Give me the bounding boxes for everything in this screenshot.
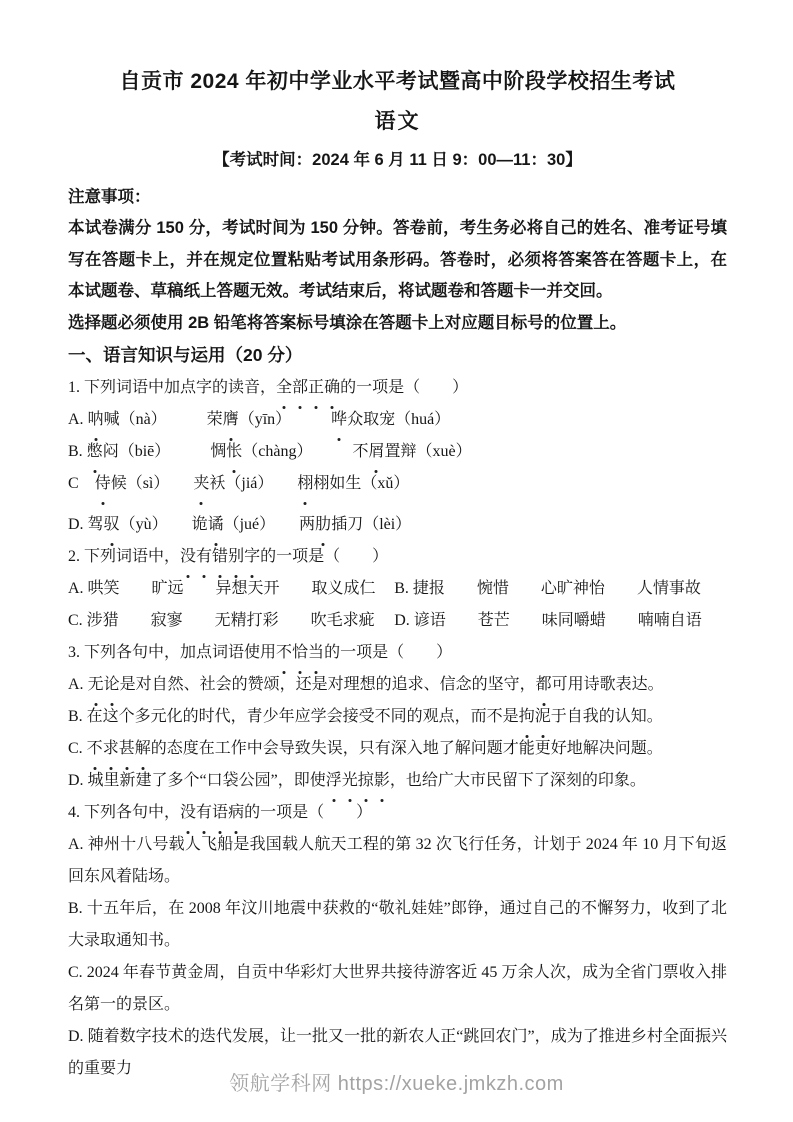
exam-paper-page: 自贡市 2024 年初中学业水平考试暨高中阶段学校招生考试 语文 【考试时间：2…	[0, 0, 793, 1122]
question-2-row-2: C. 涉猎 寂寥 无精打彩 吹毛求疵 D. 谚语 苍芒 味同嚼蜡 喃喃自语	[68, 605, 727, 637]
question-3-option-c: C. 不求甚解的态度在工作中会导致失误，只有深入地了解问题才能更好地解决问题。	[68, 733, 727, 765]
question-1-option-c: C 侍候（sì） 夹袄（jiá） 栩栩如生（xǔ）	[68, 468, 727, 500]
question-2: 2. 下列词语中，没有错别字的一项是（ ） A. 哄笑 旷远 异想天开 取义成仁…	[68, 541, 727, 637]
question-2-option-a: A. 哄笑 旷远 异想天开 取义成仁	[68, 573, 394, 605]
notice-heading: 注意事项：	[68, 182, 727, 213]
question-2-row-1: A. 哄笑 旷远 异想天开 取义成仁 B. 捷报 惋惜 心旷神怡 人情事故	[68, 573, 727, 605]
question-2-option-c: C. 涉猎 寂寥 无精打彩 吹毛求疵	[68, 605, 394, 637]
doc-title: 自贡市 2024 年初中学业水平考试暨高中阶段学校招生考试	[68, 68, 727, 96]
question-1-option-b: B. 憋闷（biē） 惆怅（chàng） 不屑置辩（xuè）	[68, 436, 727, 468]
question-4: 4. 下列各句中，没有语病的一项是（ ） A. 神州十八号载人飞船是我国载人航天…	[68, 797, 727, 1085]
notice-note: 选择题必须使用 2B 铅笔将答案标号填涂在答题卡上对应题目标号的位置上。	[68, 308, 727, 339]
question-4-option-b: B. 十五年后，在 2008 年汶川地震中获救的“敬礼娃娃”郎铮，通过自己的不懈…	[68, 893, 727, 957]
question-1-stem: 1. 下列词语中加点字的读音，全部正确的一项是（ ）	[68, 372, 727, 404]
question-2-stem: 2. 下列词语中，没有错别字的一项是（ ）	[68, 541, 727, 573]
question-1-option-a: A. 呐喊（nà） 荣膺（yīn） 哗众取宠（huá）	[68, 404, 727, 436]
question-3-option-d: D. 城里新建了多个“口袋公园”，即使浮光掠影，也给广大市民留下了深刻的印象。	[68, 765, 727, 797]
question-1: 1. 下列词语中加点字的读音，全部正确的一项是（ ） A. 呐喊（nà） 荣膺（…	[68, 372, 727, 541]
question-2-option-b: B. 捷报 惋惜 心旷神怡 人情事故	[394, 573, 701, 605]
question-2-option-d: D. 谚语 苍芒 味同嚼蜡 喃喃自语	[394, 605, 702, 637]
doc-subject: 语文	[68, 108, 727, 136]
question-3-option-b: B. 在这个多元化的时代，青少年应学会接受不同的观点，而不是拘泥于自我的认知。	[68, 701, 727, 733]
question-4-option-c: C. 2024 年春节黄金周，自贡中华彩灯大世界共接待游客近 45 万余人次，成…	[68, 957, 727, 1021]
question-4-stem: 4. 下列各句中，没有语病的一项是（ ）	[68, 797, 727, 829]
footer-watermark: 领航学科网 https://xueke.jmkzh.com	[0, 1070, 793, 1098]
question-4-option-a: A. 神州十八号载人飞船是我国载人航天工程的第 32 次飞行任务，计划于 202…	[68, 829, 727, 893]
question-3-stem: 3. 下列各句中，加点词语使用不恰当的一项是（ ）	[68, 637, 727, 669]
notice-body: 本试卷满分 150 分，考试时间为 150 分钟。答卷前，考生务必将自己的姓名、…	[68, 213, 727, 308]
question-3-option-a: A. 无论是对自然、社会的赞颂，还是对理想的追求、信念的坚守，都可用诗歌表达。	[68, 669, 727, 701]
question-1-option-d: D. 驾驭（yù） 诡谲（jué） 两肋插刀（lèi）	[68, 509, 727, 541]
question-3: 3. 下列各句中，加点词语使用不恰当的一项是（ ） A. 无论是对自然、社会的赞…	[68, 637, 727, 797]
exam-time: 【考试时间：2024 年 6 月 11 日 9：00—11：30】	[68, 148, 727, 172]
section-heading: 一、语言知识与运用（20 分）	[68, 339, 727, 372]
